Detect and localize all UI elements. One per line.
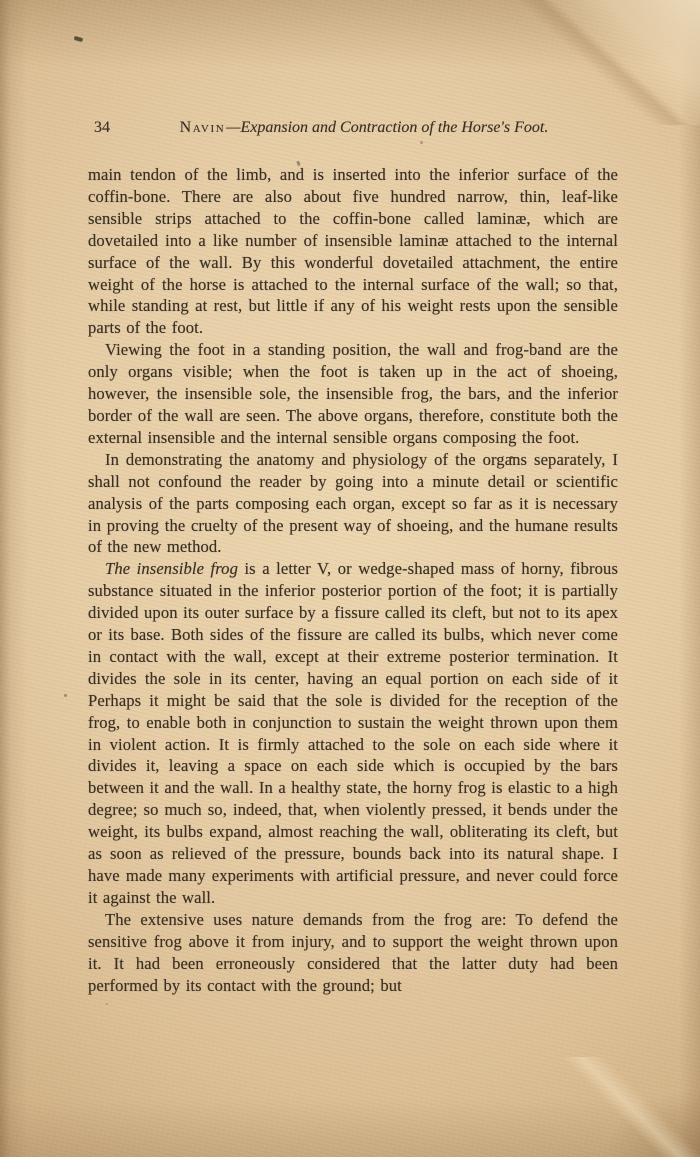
page-number: 34: [94, 118, 110, 138]
running-header: 34 Navin—Expansion and Contraction of th…: [88, 118, 618, 138]
paragraph-continuation: main tendon of the limb, and is inserted…: [88, 164, 618, 339]
running-header-title: Expansion and Contraction of the Horse's…: [241, 119, 549, 136]
paragraph-text: Viewing the foot in a standing position,…: [88, 340, 618, 447]
bottom-right-corner-fold: [560, 1057, 700, 1157]
paragraph: The extensive uses nature demands from t…: [88, 909, 618, 997]
paragraph-text: main tendon of the limb, and is inserted…: [88, 165, 618, 337]
paragraph: Viewing the foot in a standing position,…: [88, 339, 618, 449]
book-page-scan: 34 Navin—Expansion and Contraction of th…: [0, 0, 700, 1157]
page-content: 34 Navin—Expansion and Contraction of th…: [88, 118, 618, 996]
running-header-separator: —: [226, 119, 240, 136]
top-right-corner-crease: [520, 0, 700, 125]
paragraph-text: is a letter V, or wedge-shaped mass of h…: [88, 559, 618, 907]
paper-speck: [106, 1003, 108, 1005]
paragraph-text: In demonstrating the anatomy and physiol…: [88, 450, 618, 557]
body-text: main tendon of the limb, and is inserted…: [88, 164, 618, 996]
paragraph-lead-italic: The insensible frog: [105, 559, 238, 578]
paragraph: In demonstrating the anatomy and physiol…: [88, 449, 618, 559]
running-header-text: Navin—Expansion and Contraction of the H…: [110, 118, 618, 138]
paragraph: The insensible frog is a letter V, or we…: [88, 558, 618, 909]
paper-speck: [64, 694, 67, 697]
paragraph-text: The extensive uses nature demands from t…: [88, 910, 618, 995]
running-header-author: Navin: [180, 119, 226, 136]
